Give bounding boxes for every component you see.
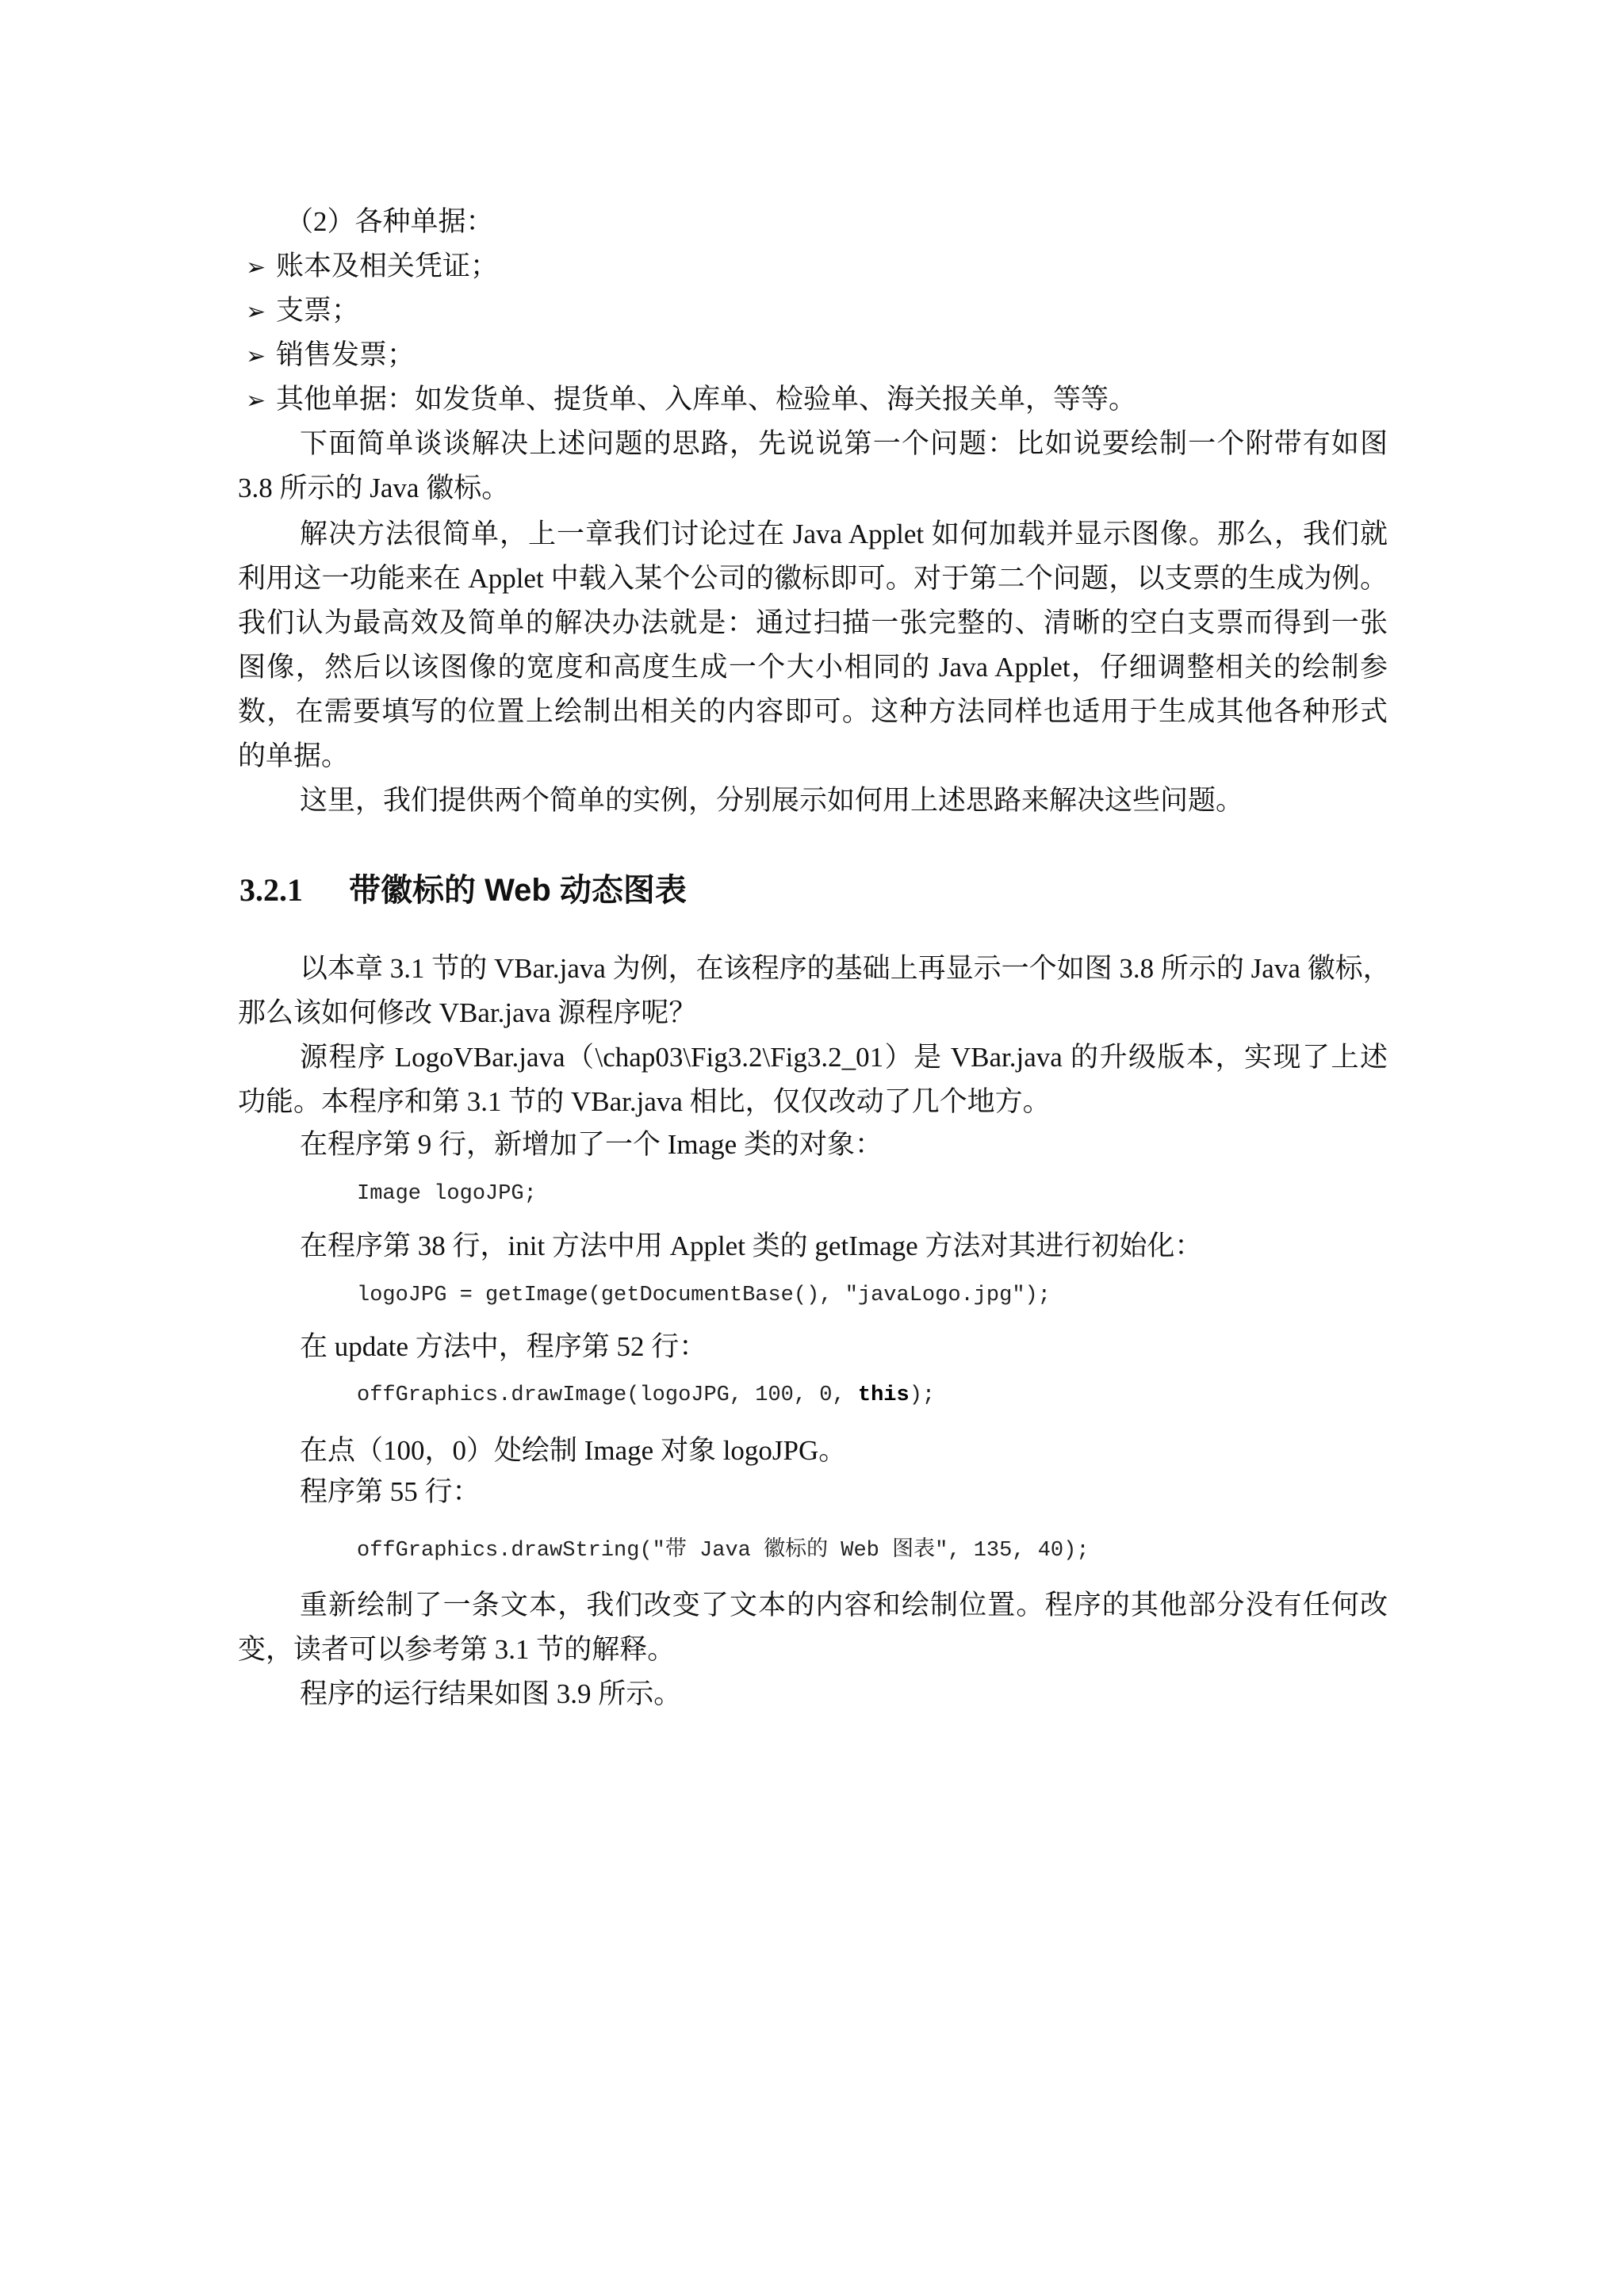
- step-text: 在点（100，0）处绘制 Image 对象 logoJPG。: [300, 1431, 1450, 1471]
- bullet-item: ➢支票；: [246, 291, 1396, 332]
- code-text: );: [910, 1383, 935, 1407]
- bullet-item: ➢销售发票；: [246, 335, 1396, 377]
- paragraph-line: 功能。本程序和第 3.1 节的 VBar.java 相比，仅仅改动了几个地方。: [238, 1082, 1388, 1122]
- paragraph-line: 3.8 所示的 Java 徽标。: [238, 469, 1388, 508]
- bullet-text: 其他单据：如发货单、提货单、入库单、检验单、海关报关单，等等。: [276, 384, 1136, 415]
- code-line: offGraphics.drawImage(logoJPG, 100, 0, t…: [357, 1380, 935, 1411]
- paragraph-line: 的单据。: [238, 737, 1388, 776]
- code-line: logoJPG = getImage(getDocumentBase(), "j…: [357, 1280, 1051, 1311]
- section-number: 3.2.1: [239, 868, 349, 913]
- paragraph-line: 程序的运行结果如图 3.9 所示。: [300, 1674, 1450, 1714]
- step-text: 程序第 55 行：: [300, 1472, 1450, 1512]
- step-text: 在程序第 38 行，init 方法中用 Applet 类的 getImage 方…: [300, 1226, 1450, 1266]
- bullet-text: 销售发票；: [276, 339, 415, 370]
- bullet-text: 支票；: [276, 295, 359, 326]
- bullet-item: ➢账本及相关凭证；: [246, 247, 1396, 288]
- arrow-bullet-icon: ➢: [246, 381, 276, 421]
- bullet-item: ➢其他单据：如发货单、提货单、入库单、检验单、海关报关单，等等。: [246, 380, 1396, 421]
- arrow-bullet-icon: ➢: [246, 337, 276, 377]
- paragraph-line: 我们认为最高效及简单的解决办法就是：通过扫描一张完整的、清晰的空白支票而得到一张: [238, 603, 1388, 643]
- bullet-text: 账本及相关凭证；: [276, 251, 498, 281]
- step-text: 在程序第 9 行，新增加了一个 Image 类的对象：: [300, 1125, 1450, 1165]
- paragraph-line: 变，读者可以参考第 3.1 节的解释。: [238, 1630, 1388, 1670]
- paragraph-line: 数，在需要填写的位置上绘制出相关的内容即可。这种方法同样也适用于生成其他各种形式: [238, 692, 1388, 732]
- section-heading: 3.2.1带徽标的 Web 动态图表: [239, 868, 687, 913]
- paragraph-line: 那么该如何修改 VBar.java 源程序呢？: [238, 993, 1388, 1033]
- paragraph-line: 以本章 3.1 节的 VBar.java 为例，在该程序的基础上再显示一个如图 …: [300, 949, 1388, 989]
- step-text: 在 update 方法中，程序第 52 行：: [300, 1327, 1450, 1367]
- paragraph-line: 这里，我们提供两个简单的实例，分别展示如何用上述思路来解决这些问题。: [300, 781, 1450, 821]
- code-line: Image logoJPG;: [357, 1178, 537, 1210]
- arrow-bullet-icon: ➢: [246, 293, 276, 332]
- section-title: 带徽标的 Web 动态图表: [349, 873, 687, 908]
- paragraph-line: 解决方法很简单，上一章我们讨论过在 Java Applet 如何加载并显示图像。…: [300, 515, 1388, 554]
- arrow-bullet-icon: ➢: [246, 248, 276, 288]
- paragraph-line: 利用这一功能来在 Applet 中载入某个公司的徽标即可。对于第二个问题，以支票…: [238, 559, 1388, 599]
- paragraph-line: 源程序 LogoVBar.java（\chap03\Fig3.2\Fig3.2_…: [300, 1038, 1388, 1077]
- list-intro: （2）各种单据：: [285, 202, 1435, 242]
- code-text: offGraphics.drawImage(logoJPG, 100, 0,: [357, 1383, 858, 1407]
- paragraph-line: 图像，然后以该图像的宽度和高度生成一个大小相同的 Java Applet，仔细调…: [238, 648, 1388, 687]
- paragraph-line: 下面简单谈谈解决上述问题的思路，先说说第一个问题：比如说要绘制一个附带有如图: [300, 424, 1388, 464]
- code-keyword: this: [858, 1383, 910, 1407]
- document-page: （2）各种单据： ➢账本及相关凭证； ➢支票； ➢销售发票； ➢其他单据：如发货…: [0, 0, 1624, 2296]
- code-line: offGraphics.drawString("带 Java 徽标的 Web 图…: [357, 1535, 1090, 1567]
- paragraph-line: 重新绘制了一条文本，我们改变了文本的内容和绘制位置。程序的其他部分没有任何改: [300, 1586, 1388, 1625]
